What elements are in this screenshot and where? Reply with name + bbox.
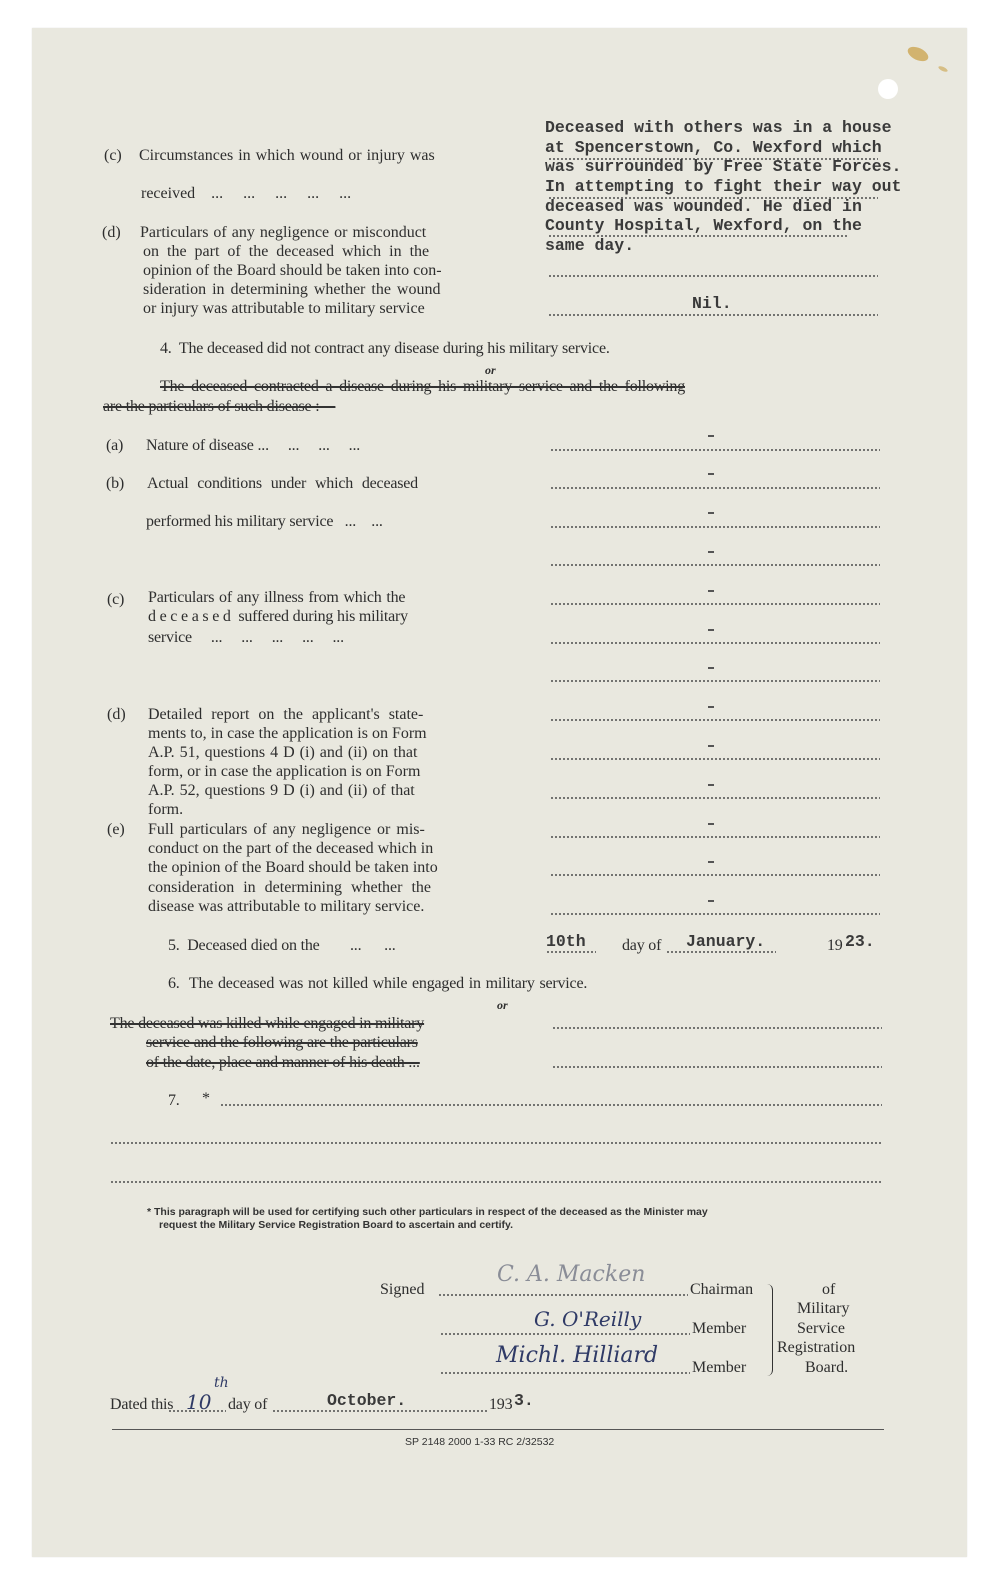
death-day: 10th bbox=[546, 932, 586, 952]
dated-month: October. bbox=[327, 1391, 406, 1411]
answer-dash bbox=[708, 706, 714, 708]
answer-dotted-line bbox=[548, 275, 878, 277]
answer-dash bbox=[708, 823, 714, 825]
item-3d-line3: opinion of the Board should be taken int… bbox=[143, 261, 442, 281]
item-4d-line1: Detailed report on the applicant's state… bbox=[148, 705, 423, 725]
signature-dotted-line bbox=[440, 1372, 690, 1374]
item-7-asterisk: * bbox=[202, 1089, 210, 1109]
signature-dotted-line bbox=[438, 1294, 688, 1296]
item-3c-label: (c) bbox=[104, 146, 122, 166]
answer-dotted-line bbox=[550, 526, 880, 528]
board-line2: Military bbox=[797, 1299, 849, 1319]
punch-hole bbox=[878, 79, 898, 99]
item-3d-label: (d) bbox=[102, 223, 121, 243]
answer-dotted-line bbox=[548, 314, 878, 316]
item-4d-line5: A.P. 52, questions 9 D (i) and (ii) of t… bbox=[148, 781, 415, 801]
footnote-line2: request the Military Service Registratio… bbox=[159, 1219, 513, 1232]
item-4e-line5: disease was attributable to military ser… bbox=[148, 897, 424, 917]
death-month: January. bbox=[686, 932, 765, 952]
answer-dash bbox=[708, 745, 714, 747]
answer-dash bbox=[708, 861, 714, 863]
or-label: or bbox=[497, 996, 508, 1016]
answer-dash bbox=[708, 551, 714, 553]
item-4d-line6: form. bbox=[148, 800, 183, 820]
member1-signature: G. O'Reilly bbox=[534, 1307, 641, 1331]
footer-rule bbox=[112, 1429, 884, 1430]
brace bbox=[766, 1284, 773, 1376]
board-line1: of bbox=[822, 1280, 835, 1300]
item-4c-line2: d e c e a s e d suffered during his mili… bbox=[148, 607, 408, 627]
answer-dotted-line bbox=[550, 680, 880, 682]
answer-dash bbox=[708, 784, 714, 786]
member2-signature: Michl. Hilliard bbox=[496, 1343, 658, 1368]
signed-label: Signed bbox=[380, 1280, 424, 1300]
item-4c-label: (c) bbox=[107, 590, 124, 610]
item-4-struck-line2: are the particulars of such disease :— bbox=[103, 397, 335, 417]
item-4e-line4: consideration in determining whether the bbox=[148, 878, 431, 898]
item-4e-line3: the opinion of the Board should be taken… bbox=[148, 858, 438, 878]
answer-dotted-line bbox=[550, 758, 880, 760]
item-4c-line1: Particulars of any illness from which th… bbox=[148, 588, 405, 608]
item-3c-line1: Circumstances in which wound or injury w… bbox=[139, 146, 435, 166]
answer-dash bbox=[708, 629, 714, 631]
dated-year-suffix: 3. bbox=[514, 1391, 534, 1411]
answer-dotted-line bbox=[550, 487, 880, 489]
dated-day: 10 bbox=[186, 1390, 211, 1414]
item-6-struck-line3: of the date, place and manner of his dea… bbox=[146, 1053, 420, 1073]
item-4e-label: (e) bbox=[107, 820, 125, 840]
item-4c-line3: service ... ... ... ... ... bbox=[148, 628, 344, 648]
board-line5: Board. bbox=[805, 1358, 848, 1378]
item-4b-line2: performed his military service ... ... bbox=[146, 512, 383, 532]
member2-role: Member bbox=[692, 1358, 746, 1378]
item-4-statement: 4. The deceased did not contract any dis… bbox=[160, 339, 610, 359]
item-5-text: 5. Deceased died on the ... ... bbox=[168, 936, 396, 956]
item-3d-line2: on the part of the deceased which in the bbox=[143, 242, 429, 262]
signature-dotted-line bbox=[440, 1333, 690, 1335]
death-year-suffix: 23. bbox=[845, 932, 875, 952]
answer-dotted-line bbox=[552, 1066, 882, 1068]
answer-dotted-line bbox=[550, 836, 880, 838]
answer-dash bbox=[708, 435, 714, 437]
answer-dotted-line bbox=[550, 449, 880, 451]
answer-dotted-line bbox=[550, 642, 880, 644]
answer-dotted-line bbox=[550, 874, 880, 876]
item-3c-answer-line5: deceased was wounded. He died in bbox=[545, 197, 862, 217]
item-4d-line3: A.P. 51, questions 4 D (i) and (ii) on t… bbox=[148, 743, 417, 763]
item-3d-line5: or injury was attributable to military s… bbox=[143, 299, 425, 319]
answer-dotted-line bbox=[550, 719, 880, 721]
item-3c-answer-line2: at Spencerstown, Co. Wexford which bbox=[545, 138, 882, 158]
item-6-struck-line1: The deceased was killed while engaged in… bbox=[110, 1014, 424, 1034]
answer-dotted-line bbox=[220, 1104, 882, 1106]
item-4b-line1: Actual conditions under which deceased bbox=[147, 474, 418, 494]
item-3d-line1: Particulars of any negligence or miscond… bbox=[140, 223, 426, 243]
answer-dash bbox=[708, 900, 714, 902]
item-4e-line2: conduct on the part of the deceased whic… bbox=[148, 839, 433, 859]
item-4b-label: (b) bbox=[106, 474, 124, 494]
item-4-struck-line1: The deceased contracted a disease during… bbox=[160, 377, 685, 397]
item-3c-answer-line4: In attempting to fight their way out bbox=[545, 177, 901, 197]
item-6-statement: 6. The deceased was not killed while eng… bbox=[168, 974, 587, 994]
dated-day-suffix: th bbox=[214, 1375, 229, 1391]
item-4e-line1: Full particulars of any negligence or mi… bbox=[148, 820, 425, 840]
answer-dotted-line bbox=[110, 1142, 882, 1144]
board-line4: Registration bbox=[777, 1338, 855, 1358]
item-7-label: 7. bbox=[168, 1091, 180, 1111]
item-4d-line2: ments to, in case the application is on … bbox=[148, 724, 427, 744]
answer-dotted-line bbox=[110, 1181, 882, 1183]
item-3c-answer-line7: same day. bbox=[545, 236, 634, 256]
answer-dotted-line bbox=[550, 564, 880, 566]
footnote-line1: * This paragraph will be used for certif… bbox=[147, 1206, 708, 1219]
chairman-signature: C. A. Macken bbox=[497, 1262, 645, 1287]
chairman-role: Chairman bbox=[690, 1280, 753, 1300]
print-code: SP 2148 2000 1-33 RC 2/32532 bbox=[405, 1436, 554, 1448]
item-3c-line2: received ... ... ... ... ... bbox=[141, 184, 351, 204]
item-3d-answer: Nil. bbox=[692, 294, 732, 314]
answer-dash bbox=[708, 473, 714, 475]
answer-dash bbox=[708, 667, 714, 669]
item-4a-label: (a) bbox=[106, 436, 123, 456]
item-4d-label: (d) bbox=[107, 705, 126, 725]
dated-year-prefix: 193 bbox=[489, 1395, 512, 1415]
answer-dotted-line bbox=[552, 1027, 882, 1029]
item-4a-text: Nature of disease ... ... ... ... bbox=[146, 436, 360, 456]
item-3c-answer-line6: County Hospital, Wexford, on the bbox=[545, 216, 862, 236]
item-3c-answer-line1: Deceased with others was in a house bbox=[545, 118, 892, 138]
member1-role: Member bbox=[692, 1319, 746, 1339]
answer-dotted-line bbox=[550, 797, 880, 799]
board-line3: Service bbox=[797, 1319, 845, 1339]
item-3c-answer-line3: was surrounded by Free State Forces. bbox=[545, 157, 901, 177]
item-4d-line4: form, or in case the application is on F… bbox=[148, 762, 420, 782]
answer-dotted-line bbox=[546, 951, 596, 953]
item-6-struck-line2: service and the following are the partic… bbox=[146, 1033, 418, 1053]
dated-day-of-label: day of bbox=[228, 1395, 267, 1415]
dated-label: Dated this bbox=[110, 1395, 173, 1415]
answer-dash bbox=[708, 590, 714, 592]
answer-dotted-line bbox=[550, 913, 880, 915]
answer-dash bbox=[708, 512, 714, 514]
death-year-prefix: 19 bbox=[827, 936, 843, 956]
day-of-label: day of bbox=[622, 936, 661, 956]
answer-dotted-line bbox=[550, 603, 880, 605]
item-3d-line4: sideration in determining whether the wo… bbox=[143, 280, 440, 300]
